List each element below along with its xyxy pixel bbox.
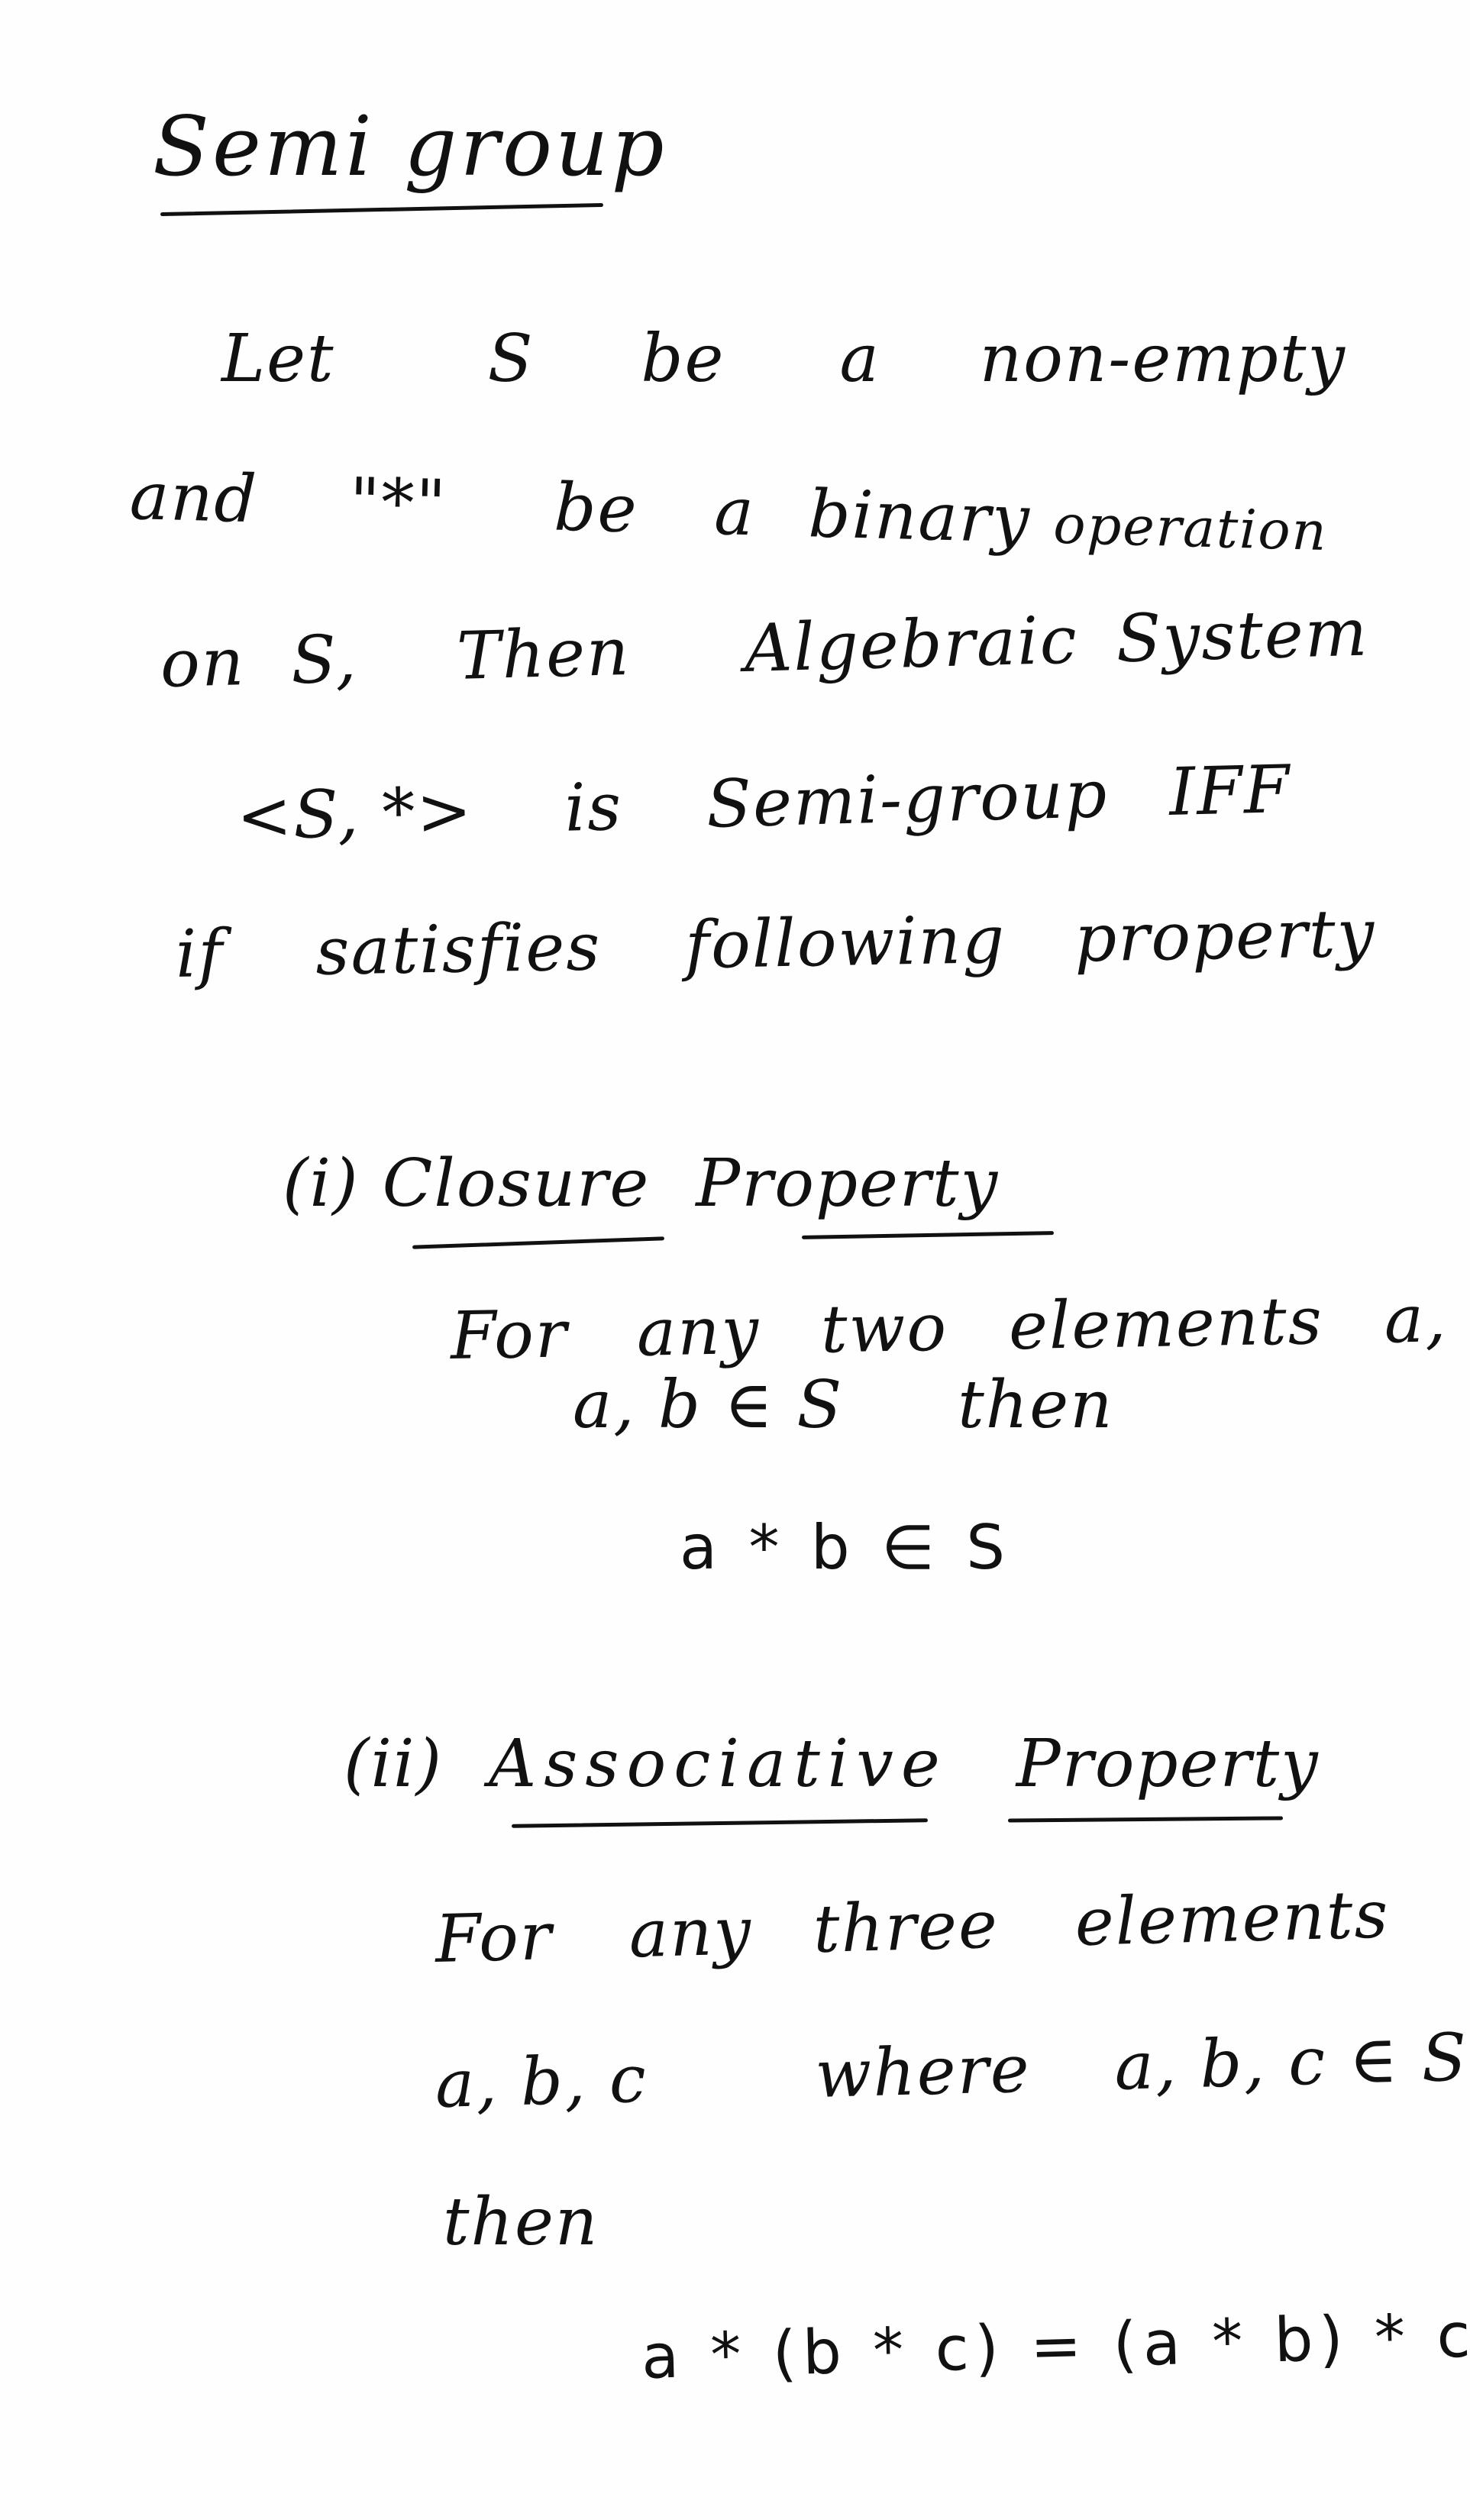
word: binary [807, 476, 1031, 558]
word: is [564, 769, 623, 847]
closure-formula: a * b ∈ S [680, 1512, 1011, 1583]
word: For [450, 1296, 569, 1375]
word: a [839, 321, 880, 397]
word: IFF [1168, 751, 1292, 831]
definition-line-1: Let S be a non-empty [221, 321, 1346, 397]
property-name: Associative [489, 1726, 948, 1802]
word: <S, *> [236, 773, 474, 855]
word: any [628, 1893, 753, 1972]
word: two [820, 1290, 948, 1368]
associative-line-2: a, b, c where a, b, c ∈ S [435, 2020, 1469, 2123]
property-underline [1008, 1816, 1283, 1822]
associative-line-3: then [443, 2184, 599, 2260]
word: operation [1052, 493, 1328, 563]
word: property [1074, 896, 1376, 977]
word: Let [221, 321, 335, 397]
word: if [175, 916, 225, 993]
word: a, b, c ∈ S [1113, 2020, 1469, 2105]
word: following [684, 902, 1006, 984]
closure-heading: (i) Closure Property [283, 1145, 999, 1222]
word: where [814, 2031, 1031, 2113]
word: Algebraic [744, 603, 1079, 687]
word: a [713, 473, 756, 551]
word: three [813, 1887, 1000, 1968]
word: be [641, 321, 725, 397]
associative-underline [512, 1818, 928, 1828]
page-title: Semi group [153, 99, 667, 195]
word: Semi-group [706, 756, 1110, 843]
word: non-empty [980, 321, 1346, 397]
word: elements [1074, 1876, 1390, 1961]
property-name: Closure [383, 1145, 651, 1222]
word: a, b, c [435, 2041, 648, 2123]
word: S, [290, 621, 359, 699]
associative-formula: a * (b * c) = (a * b) * c [641, 2299, 1470, 2392]
property-underline [802, 1231, 1054, 1239]
closure-underline [412, 1236, 664, 1249]
word: on [160, 624, 247, 703]
word: Then [456, 614, 632, 695]
word: then [443, 2184, 599, 2260]
closure-line-1: For any two elements a, b [450, 1280, 1470, 1375]
word: a, b ∈ S [573, 1367, 843, 1443]
word: elements [1008, 1283, 1324, 1365]
title-underline [160, 203, 603, 216]
word: then [958, 1367, 1113, 1443]
word: satisfies [315, 909, 602, 990]
property-number: (ii) [344, 1726, 443, 1802]
word: S [488, 321, 535, 397]
word: a, b [1384, 1280, 1470, 1359]
property-number: (i) [283, 1145, 360, 1222]
word: be [553, 470, 639, 548]
associative-line-1: For any three elements [435, 1876, 1391, 1978]
word: For [435, 1898, 554, 1978]
word: System [1115, 595, 1369, 678]
word: any [636, 1293, 761, 1371]
definition-line-3: on S, Then Algebraic System [160, 595, 1370, 703]
definition-line-2: and "*" be a binary operation [129, 458, 1329, 566]
word: "*" [348, 464, 448, 543]
associative-heading: (ii) Associative Property [344, 1726, 1320, 1802]
closure-line-2: a, b ∈ S then [573, 1367, 1113, 1443]
definition-line-5: if satisfies following property [175, 896, 1376, 993]
property-label: Property [1016, 1726, 1320, 1802]
property-label: Property [696, 1145, 999, 1222]
definition-line-4: <S, *> is Semi-group IFF [236, 751, 1292, 855]
word: and [129, 458, 259, 538]
handwritten-notes-page: Semi group Let S be a non-empty and "*" … [0, 0, 1470, 2520]
